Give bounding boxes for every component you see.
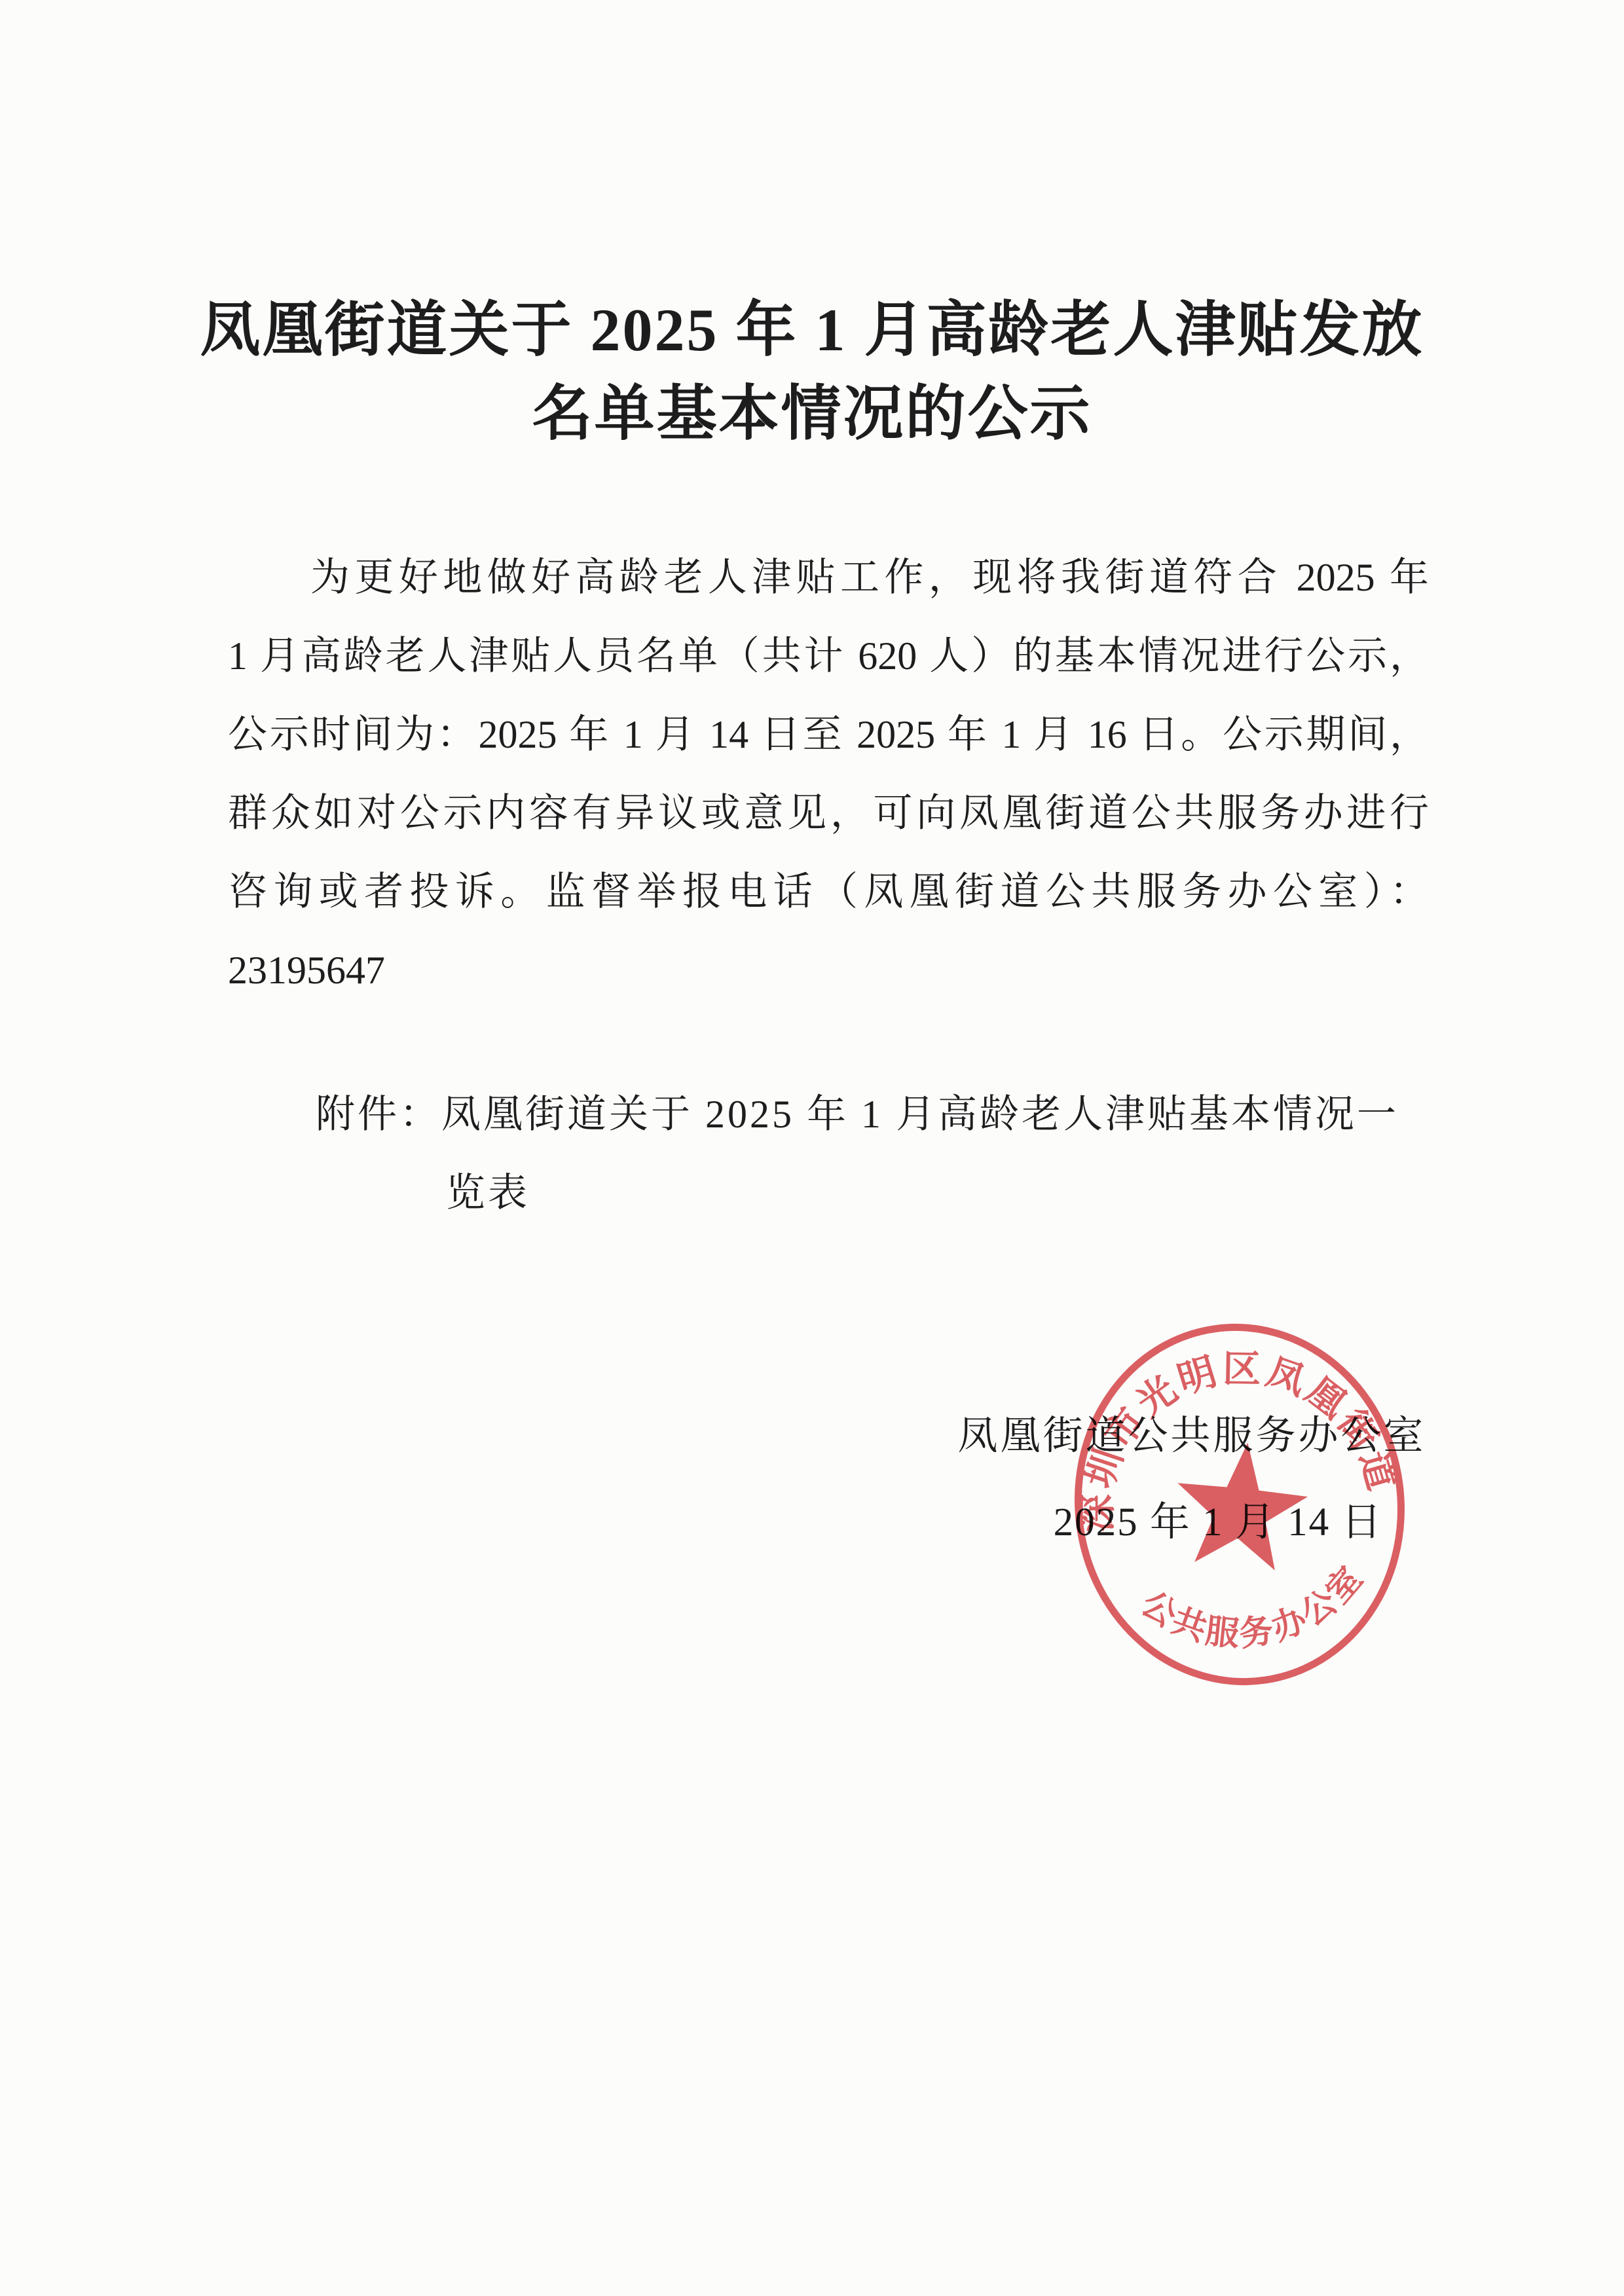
body-line: 群众如对公示内容有异议或意见，可向凤凰街道公共服务办进行 bbox=[228, 774, 1429, 852]
attachment-line-2: 览表 bbox=[228, 1154, 1429, 1232]
seal-bottom-arc-text: 公共服务办公室 bbox=[1130, 1555, 1378, 1668]
body-line-phone: 23195647 bbox=[228, 931, 1429, 1010]
official-seal-stamp: 深圳市光明区凤凰街道 公共服务办公室 bbox=[1066, 1315, 1413, 1688]
attachment-note: 附件：凤凰街道关于 2025 年 1 月高龄老人津贴基本情况一 览表 bbox=[228, 1075, 1429, 1232]
document-title: 凤凰街道关于 2025 年 1 月高龄老人津贴发放 名单基本情况的公示 bbox=[196, 288, 1428, 456]
body-paragraph: 为更好地做好高龄老人津贴工作，现将我街道符合 2025 年 1 月高龄老人津贴人… bbox=[228, 538, 1429, 1010]
body-line: 1 月高龄老人津贴人员名单（共计 620 人）的基本情况进行公示， bbox=[228, 617, 1429, 695]
seal-star-icon bbox=[1170, 1436, 1313, 1573]
body-line: 公示时间为：2025 年 1 月 14 日至 2025 年 1 月 16 日。公… bbox=[228, 695, 1429, 774]
title-line-2: 名单基本情况的公示 bbox=[196, 372, 1428, 456]
body-line: 为更好地做好高龄老人津贴工作，现将我街道符合 2025 年 bbox=[228, 538, 1429, 617]
body-line: 咨询或者投诉。监督举报电话（凤凰街道公共服务办公室）： bbox=[228, 852, 1429, 931]
title-line-1: 凤凰街道关于 2025 年 1 月高龄老人津贴发放 bbox=[196, 288, 1428, 372]
document-page: 凤凰街道关于 2025 年 1 月高龄老人津贴发放 名单基本情况的公示 为更好地… bbox=[0, 0, 1624, 2296]
attachment-line-1: 附件：凤凰街道关于 2025 年 1 月高龄老人津贴基本情况一 bbox=[228, 1075, 1429, 1154]
